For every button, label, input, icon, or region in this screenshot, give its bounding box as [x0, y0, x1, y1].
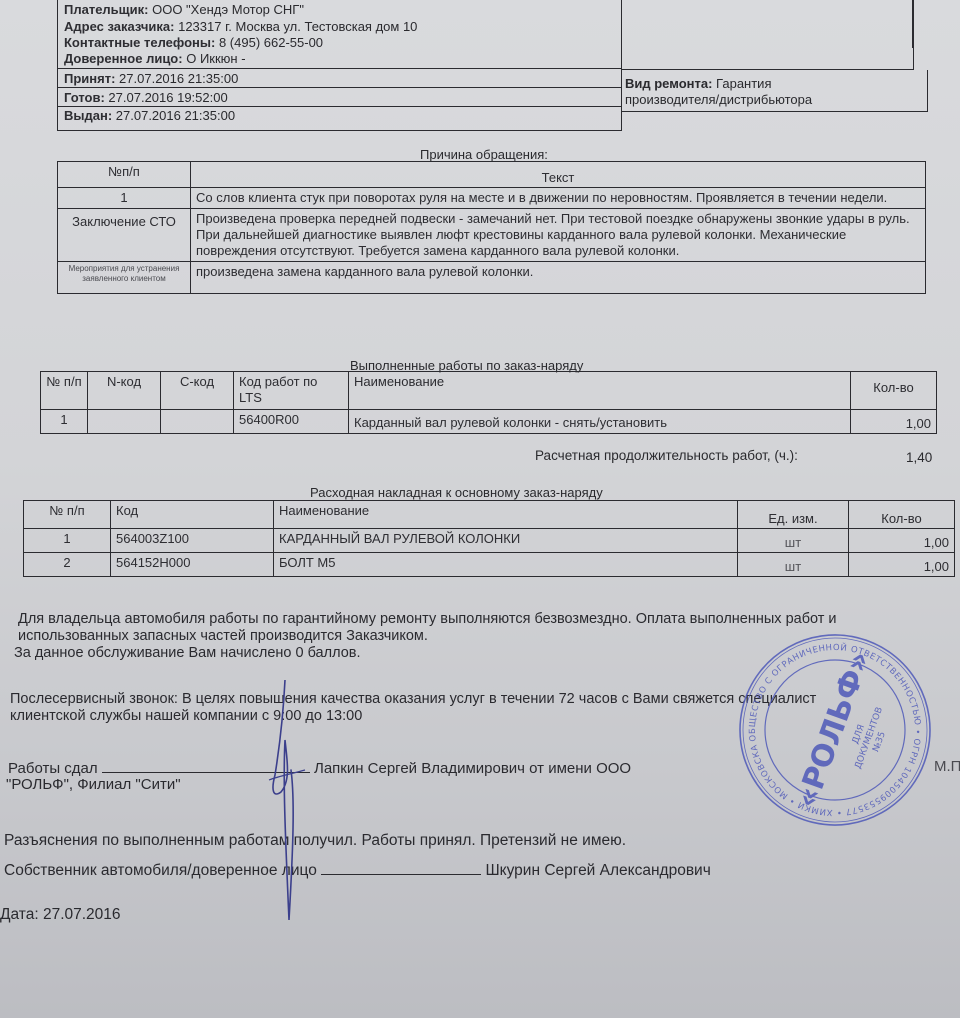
- part-name: КАРДАННЫЙ ВАЛ РУЛЕВОЙ КОЛОНКИ: [274, 529, 738, 553]
- conclusion-text: Произведена проверка передней подвески -…: [191, 209, 926, 262]
- company-stamp: ОБЩЕСТВО С ОГРАНИЧЕННОЙ ОТВЕТСТВЕННОСТЬЮ…: [735, 630, 935, 830]
- issued-label: Выдан:: [64, 108, 112, 123]
- owner-row: Собственник автомобиля/доверенное лицо Ш…: [4, 860, 711, 880]
- conclusion-label: Заключение СТО: [58, 209, 191, 262]
- part-qty: 1,00: [849, 553, 955, 577]
- handwritten-signature: [255, 680, 315, 930]
- col-n-code-header: N-код: [88, 372, 161, 410]
- ready-row: Готов: 27.07.2016 19:52:00: [64, 90, 228, 106]
- col-num-header: №п/п: [58, 162, 191, 188]
- table-row: 1 Со слов клиента стук при поворотах рул…: [58, 188, 926, 209]
- measures-label: Мероприятия для устранения заявленного к…: [58, 262, 191, 294]
- works-table: № п/п N-код С-код Код работ по LTS Наиме…: [40, 371, 937, 434]
- repair-type-value: Гарантия: [716, 76, 771, 91]
- payer-label: Плательщик:: [64, 2, 148, 17]
- table-row: 1 564003Z100 КАРДАННЫЙ ВАЛ РУЛЕВОЙ КОЛОН…: [24, 529, 955, 553]
- phones-label: Контактные телефоны:: [64, 35, 215, 50]
- handed-over-row: Работы сдал Лапкин Сергей Владимирович о…: [8, 758, 631, 778]
- work-lts-code: 56400R00: [234, 410, 349, 434]
- reason-text: Со слов клиента стук при поворотах руля …: [191, 188, 926, 209]
- owner-name: Шкурин Сергей Александрович: [485, 862, 710, 879]
- col-num-header: № п/п: [24, 501, 111, 529]
- phones-value: 8 (495) 662-55-00: [219, 35, 323, 50]
- points-note: За данное обслуживание Вам начислено 0 б…: [14, 644, 361, 662]
- part-name: БОЛТ М5: [274, 553, 738, 577]
- part-num: 2: [24, 553, 111, 577]
- work-name: Карданный вал рулевой колонки - снять/ус…: [349, 410, 851, 434]
- table-row: Заключение СТО Произведена проверка пере…: [58, 209, 926, 262]
- parts-title: Расходная накладная к основному заказ-на…: [310, 485, 603, 500]
- trusted-person-row: Доверенное лицо: О Иккюн -: [64, 51, 246, 67]
- divider: [58, 106, 621, 107]
- address-label: Адрес заказчика:: [64, 19, 174, 34]
- divider: [58, 68, 621, 69]
- repair-type-label: Вид ремонта:: [625, 76, 712, 91]
- phones-row: Контактные телефоны: 8 (495) 662-55-00: [64, 35, 323, 51]
- duration-value: 1,40: [906, 450, 932, 465]
- handed-over-label: Работы сдал: [8, 760, 98, 777]
- warranty-note-line-1: Для владельца автомобиля работы по гаран…: [18, 610, 837, 628]
- col-text-header: Текст: [191, 162, 926, 188]
- col-num-header: № п/п: [41, 372, 88, 410]
- address-row: Адрес заказчика: 123317 г. Москва ул. Те…: [64, 19, 417, 35]
- table-row: 1 56400R00 Карданный вал рулевой колонки…: [41, 410, 937, 434]
- col-qty-header: Кол-во: [851, 372, 937, 410]
- trusted-person-value: О Иккюн -: [186, 51, 245, 66]
- part-qty: 1,00: [849, 529, 955, 553]
- ready-value: 27.07.2016 19:52:00: [108, 90, 227, 105]
- customer-info-block: Плательщик: ООО "Хендэ Мотор СНГ" Адрес …: [57, 0, 622, 131]
- col-unit-header: Ед. изм.: [738, 501, 849, 529]
- acceptance-text: Разъяснения по выполненным работам получ…: [4, 832, 626, 850]
- repair-type-cell: Вид ремонта: Гарантия производителя/дист…: [621, 70, 928, 112]
- work-num: 1: [41, 410, 88, 434]
- reason-table: №п/п Текст 1 Со слов клиента стук при по…: [57, 161, 926, 294]
- col-name-header: Наименование: [349, 372, 851, 410]
- work-n-code: [88, 410, 161, 434]
- mp-label: М.П.: [934, 758, 960, 776]
- work-qty: 1,00: [851, 410, 937, 434]
- owner-signature-line: [321, 860, 481, 875]
- table-header-row: №п/п Текст: [58, 162, 926, 188]
- header-right-empty-cell: [621, 0, 914, 70]
- part-code: 564003Z100: [111, 529, 274, 553]
- divider: [58, 87, 621, 88]
- col-name-header: Наименование: [274, 501, 738, 529]
- reason-title: Причина обращения:: [420, 147, 548, 162]
- parts-table: № п/п Код Наименование Ед. изм. Кол-во 1…: [23, 500, 955, 577]
- duration-label: Расчетная продолжительность работ, (ч.):: [535, 448, 798, 463]
- accepted-row: Принят: 27.07.2016 21:35:00: [64, 71, 238, 87]
- col-lts-code-header: Код работ по LTS: [234, 372, 349, 410]
- call-note-line-1: Послесервисный звонок: В целях повышения…: [10, 690, 816, 708]
- table-row: 2 564152H000 БОЛТ М5 шт 1,00: [24, 553, 955, 577]
- handed-over-name: Лапкин Сергей Владимирович от имени ООО: [314, 760, 631, 777]
- date-row: Дата: 27.07.2016: [0, 906, 121, 924]
- issued-row: Выдан: 27.07.2016 21:35:00: [64, 108, 235, 124]
- warranty-note-line-2: использованных запасных частей производи…: [18, 627, 428, 645]
- part-num: 1: [24, 529, 111, 553]
- col-c-code-header: С-код: [161, 372, 234, 410]
- reason-num: 1: [58, 188, 191, 209]
- divider: [912, 0, 914, 48]
- payer-value: ООО "Хендэ Мотор СНГ": [152, 2, 304, 17]
- table-row: Мероприятия для устранения заявленного к…: [58, 262, 926, 294]
- accepted-value: 27.07.2016 21:35:00: [119, 71, 238, 86]
- issued-value: 27.07.2016 21:35:00: [116, 108, 235, 123]
- ready-label: Готов:: [64, 90, 105, 105]
- part-code: 564152H000: [111, 553, 274, 577]
- part-unit: шт: [738, 529, 849, 553]
- col-qty-header: Кол-во: [849, 501, 955, 529]
- col-code-header: Код: [111, 501, 274, 529]
- date-label: Дата:: [0, 906, 39, 923]
- table-header-row: № п/п N-код С-код Код работ по LTS Наиме…: [41, 372, 937, 410]
- payer-row: Плательщик: ООО "Хендэ Мотор СНГ": [64, 2, 304, 18]
- part-unit: шт: [738, 553, 849, 577]
- repair-type-value-2: производителя/дистрибьютора: [625, 92, 812, 107]
- measures-text: произведена замена карданного вала рулев…: [191, 262, 926, 294]
- address-value: 123317 г. Москва ул. Тестовская дом 10: [178, 19, 417, 34]
- work-c-code: [161, 410, 234, 434]
- table-header-row: № п/п Код Наименование Ед. изм. Кол-во: [24, 501, 955, 529]
- trusted-person-label: Доверенное лицо:: [64, 51, 183, 66]
- accepted-label: Принят:: [64, 71, 115, 86]
- date-value: 27.07.2016: [43, 906, 121, 923]
- handed-over-org: "РОЛЬФ", Филиал "Сити": [6, 776, 181, 794]
